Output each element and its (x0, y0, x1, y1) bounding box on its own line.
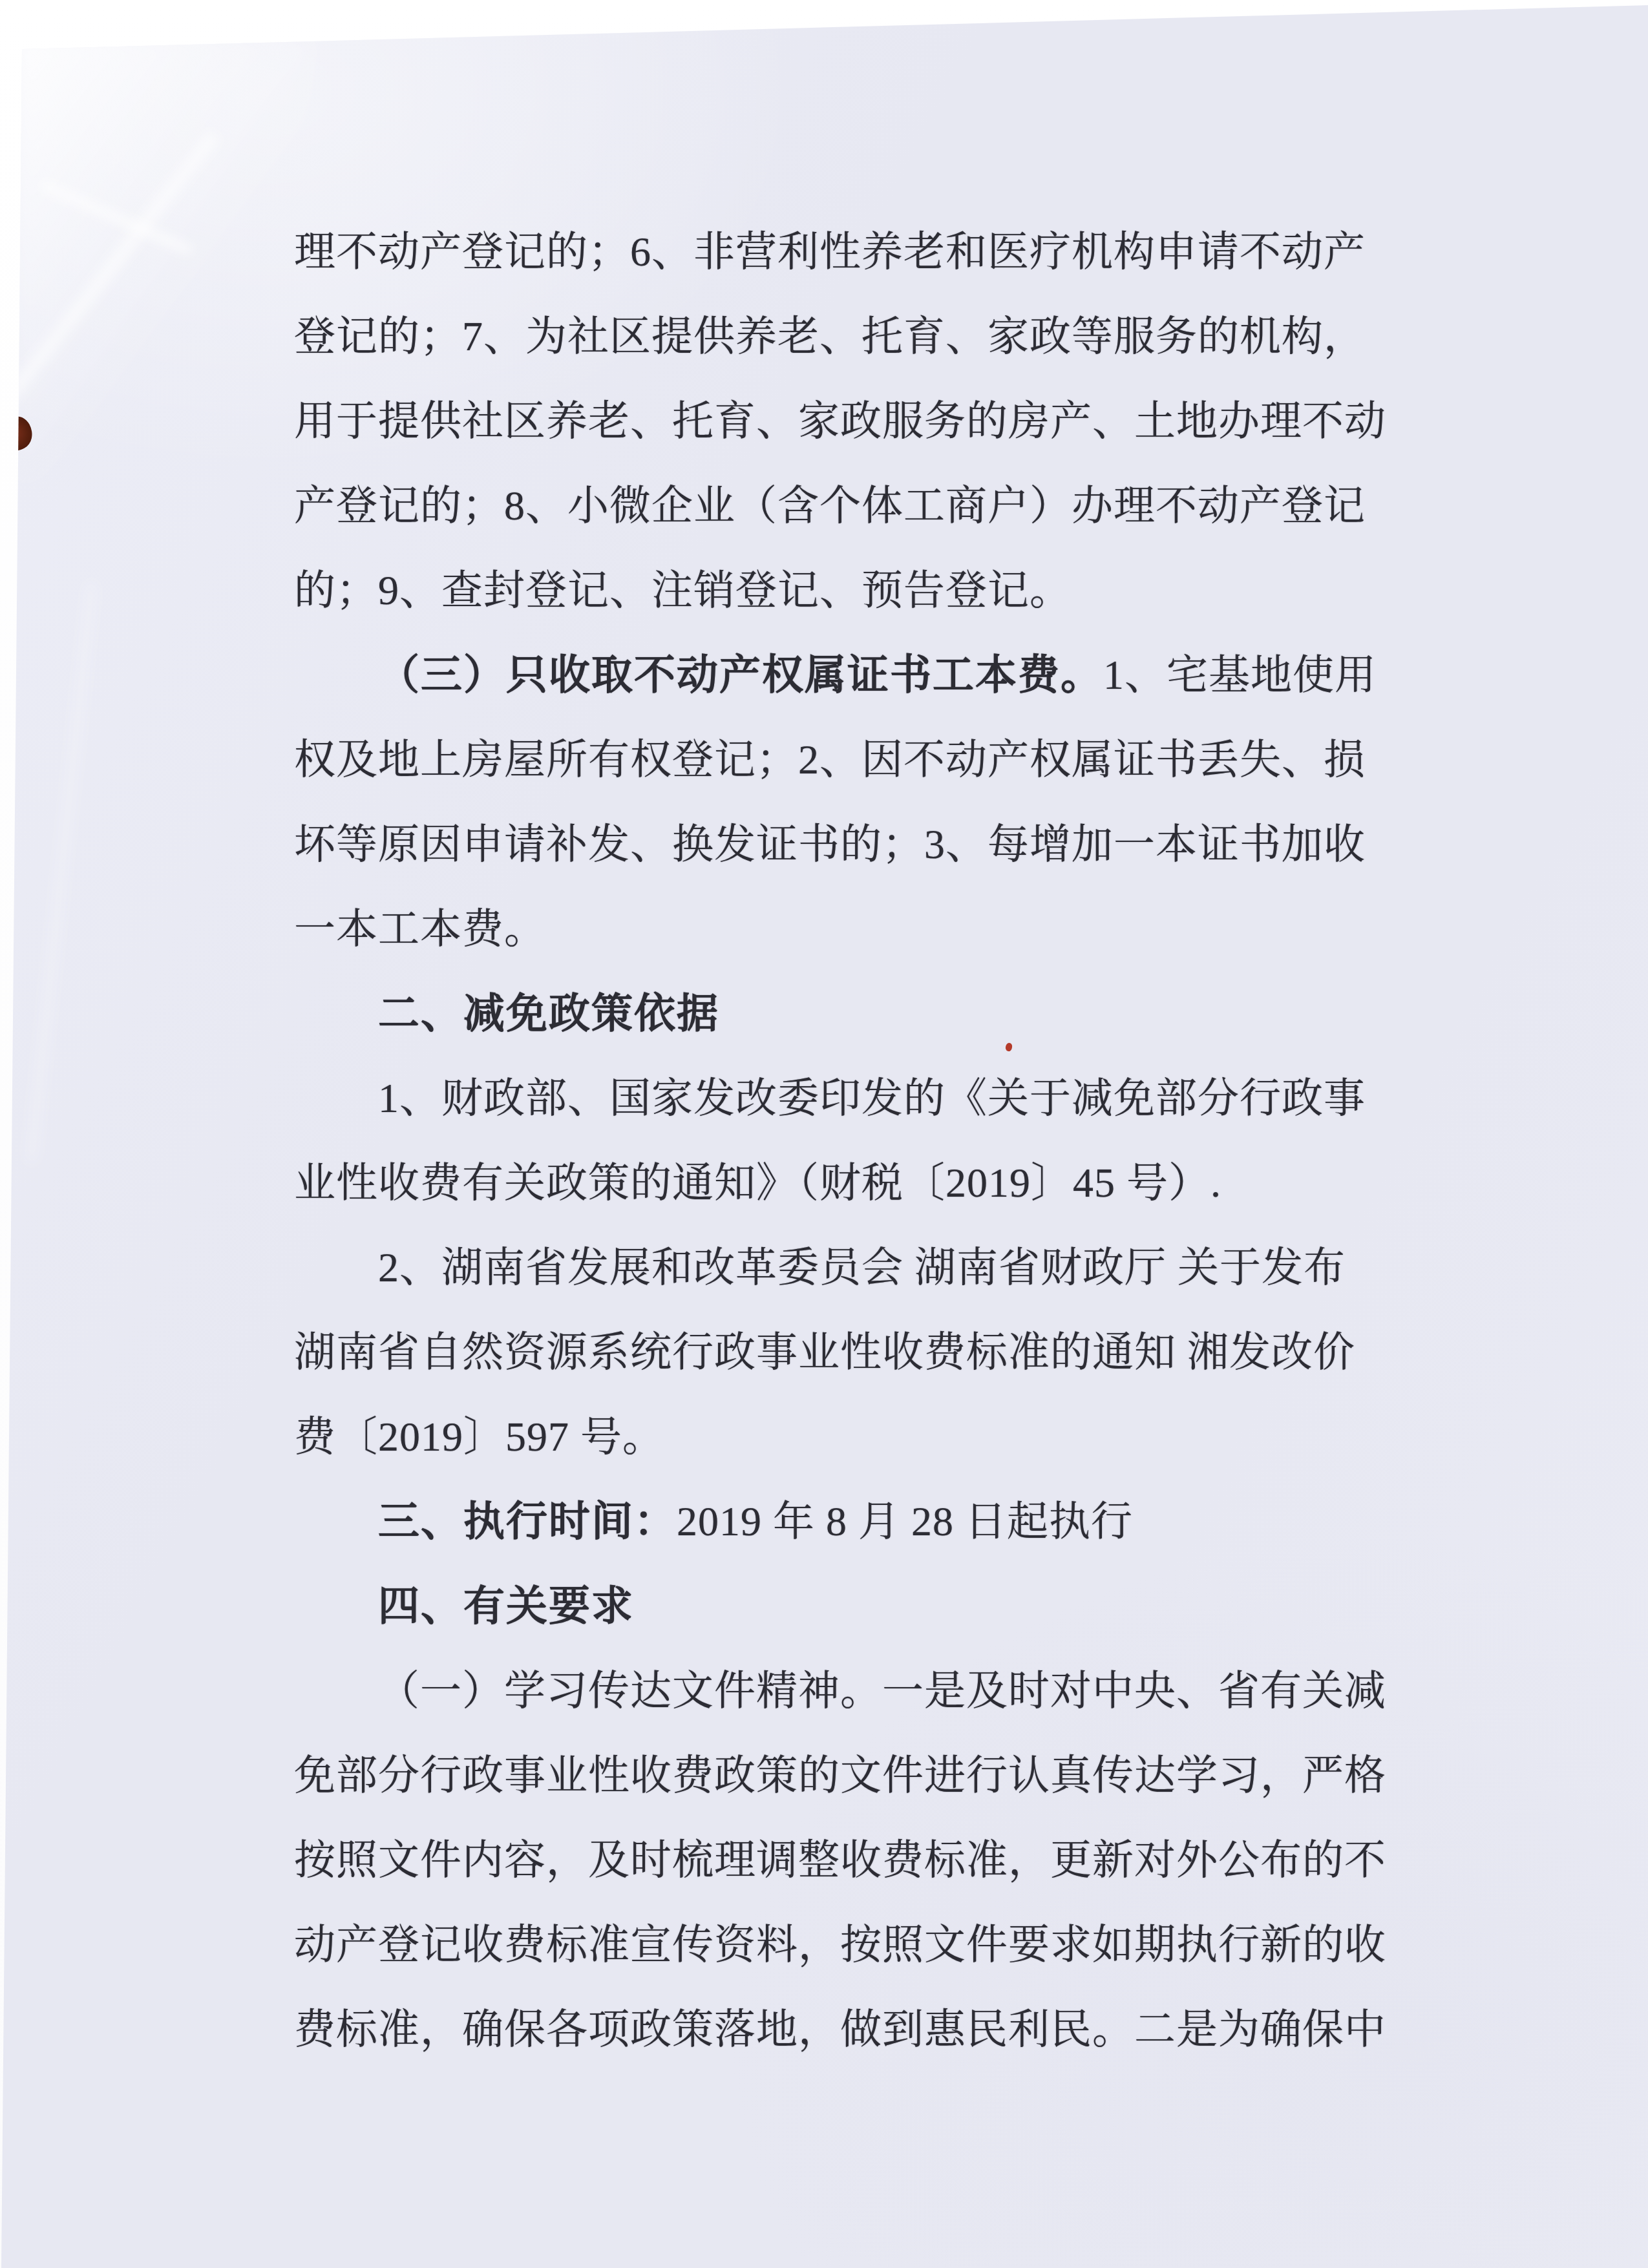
document-line: 的；9、查封登记、注销登记、预告登记。 (294, 548, 1393, 633)
document-line: 四、有关要求 (294, 1564, 1393, 1648)
paper: 理不动产登记的；6、非营利性养老和医疗机构申请不动产登记的；7、为社区提供养老、… (0, 0, 1648, 2268)
text-segment: 业性收费有关政策的通知》（财税〔2019〕45 号）. (294, 1160, 1221, 1206)
text-segment: 动产登记收费标准宣传资料，按照文件要求如期执行新的收 (294, 1922, 1386, 1968)
heading-segment: （三）只收取不动产权属证书工本费。 (378, 651, 1103, 698)
scanned-document-page: { "page": { "scanner_background": "#fdfd… (0, 0, 1648, 2268)
text-segment: 湖南省自然资源系统行政事业性收费标准的通知 湘发改价 (294, 1329, 1355, 1375)
heading-segment: 四、有关要求 (378, 1582, 634, 1629)
document-line: 动产登记收费标准宣传资料，按照文件要求如期执行新的收 (294, 1902, 1393, 1987)
document-line: 按照文件内容，及时梳理调整收费标准，更新对外公布的不 (294, 1818, 1393, 1902)
text-segment: 2019 年 8 月 28 日起执行 (677, 1498, 1133, 1544)
document-line: 费〔2019〕597 号。 (294, 1394, 1393, 1479)
text-segment: 费标准，确保各项政策落地，做到惠民利民。二是为确保中 (294, 2006, 1386, 2052)
heading-segment: 二、减免政策依据 (378, 990, 719, 1036)
text-segment: 费〔2019〕597 号。 (294, 1414, 664, 1460)
document-line: 费标准，确保各项政策落地，做到惠民利民。二是为确保中 (294, 1987, 1393, 2072)
document-line: 理不动产登记的；6、非营利性养老和医疗机构申请不动产 (294, 209, 1393, 294)
document-line: 权及地上房屋所有权登记；2、因不动产权属证书丢失、损 (294, 717, 1393, 802)
document-line: （一）学习传达文件精神。一是及时对中央、省有关减 (294, 1648, 1393, 1733)
document-line: 一本工本费。 (294, 887, 1393, 971)
text-segment: 权及地上房屋所有权登记；2、因不动产权属证书丢失、损 (294, 737, 1366, 782)
text-segment: （一）学习传达文件精神。一是及时对中央、省有关减 (378, 1668, 1386, 1714)
heading-segment: 三、执行时间： (378, 1498, 677, 1544)
document-body: 理不动产登记的；6、非营利性养老和医疗机构申请不动产登记的；7、为社区提供养老、… (294, 209, 1393, 2072)
text-segment: 一本工本费。 (294, 906, 546, 952)
paper-crease-corner (13, 36, 317, 488)
scanner-background: 理不动产登记的；6、非营利性养老和医疗机构申请不动产登记的；7、为社区提供养老、… (0, 0, 1648, 2268)
text-segment: 用于提供社区养老、托育、家政服务的房产、土地办理不动 (294, 398, 1386, 444)
document-line: 二、减免政策依据 (294, 971, 1393, 1056)
document-line: 业性收费有关政策的通知》（财税〔2019〕45 号）. (294, 1140, 1393, 1225)
document-line: 2、湖南省发展和改革委员会 湖南省财政厅 关于发布 (294, 1225, 1393, 1310)
document-line: 1、财政部、国家发改委印发的《关于减免部分行政事 (294, 1056, 1393, 1140)
document-line: 产登记的；8、小微企业（含个体工商户）办理不动产登记 (294, 463, 1393, 548)
document-line: 用于提供社区养老、托育、家政服务的房产、土地办理不动 (294, 379, 1393, 463)
text-segment: 免部分行政事业性收费政策的文件进行认真传达学习，严格 (294, 1752, 1386, 1798)
document-line: 免部分行政事业性收费政策的文件进行认真传达学习，严格 (294, 1733, 1393, 1818)
paper-crease-line (28, 583, 95, 1162)
document-line: 三、执行时间：2019 年 8 月 28 日起执行 (294, 1479, 1393, 1564)
text-segment: 的；9、查封登记、注销登记、预告登记。 (294, 567, 1072, 613)
text-segment: 1、宅基地使用 (1103, 652, 1377, 698)
text-segment: 产登记的；8、小微企业（含个体工商户）办理不动产登记 (294, 483, 1366, 529)
text-segment: 按照文件内容，及时梳理调整收费标准，更新对外公布的不 (294, 1837, 1386, 1883)
document-line: （三）只收取不动产权属证书工本费。1、宅基地使用 (294, 633, 1393, 717)
document-line: 湖南省自然资源系统行政事业性收费标准的通知 湘发改价 (294, 1310, 1393, 1394)
text-segment: 登记的；7、为社区提供养老、托育、家政等服务的机构， (294, 313, 1366, 359)
text-segment: 理不动产登记的；6、非营利性养老和医疗机构申请不动产 (294, 229, 1366, 275)
dark-speck (0, 628, 6, 638)
document-line: 登记的；7、为社区提供养老、托育、家政等服务的机构， (294, 294, 1393, 379)
text-segment: 坏等原因申请补发、换发证书的；3、每增加一本证书加收 (294, 821, 1366, 867)
text-segment: 2、湖南省发展和改革委员会 湖南省财政厅 关于发布 (378, 1244, 1346, 1290)
text-segment: 1、财政部、国家发改委印发的《关于减免部分行政事 (378, 1075, 1366, 1121)
document-line: 坏等原因申请补发、换发证书的；3、每增加一本证书加收 (294, 802, 1393, 887)
